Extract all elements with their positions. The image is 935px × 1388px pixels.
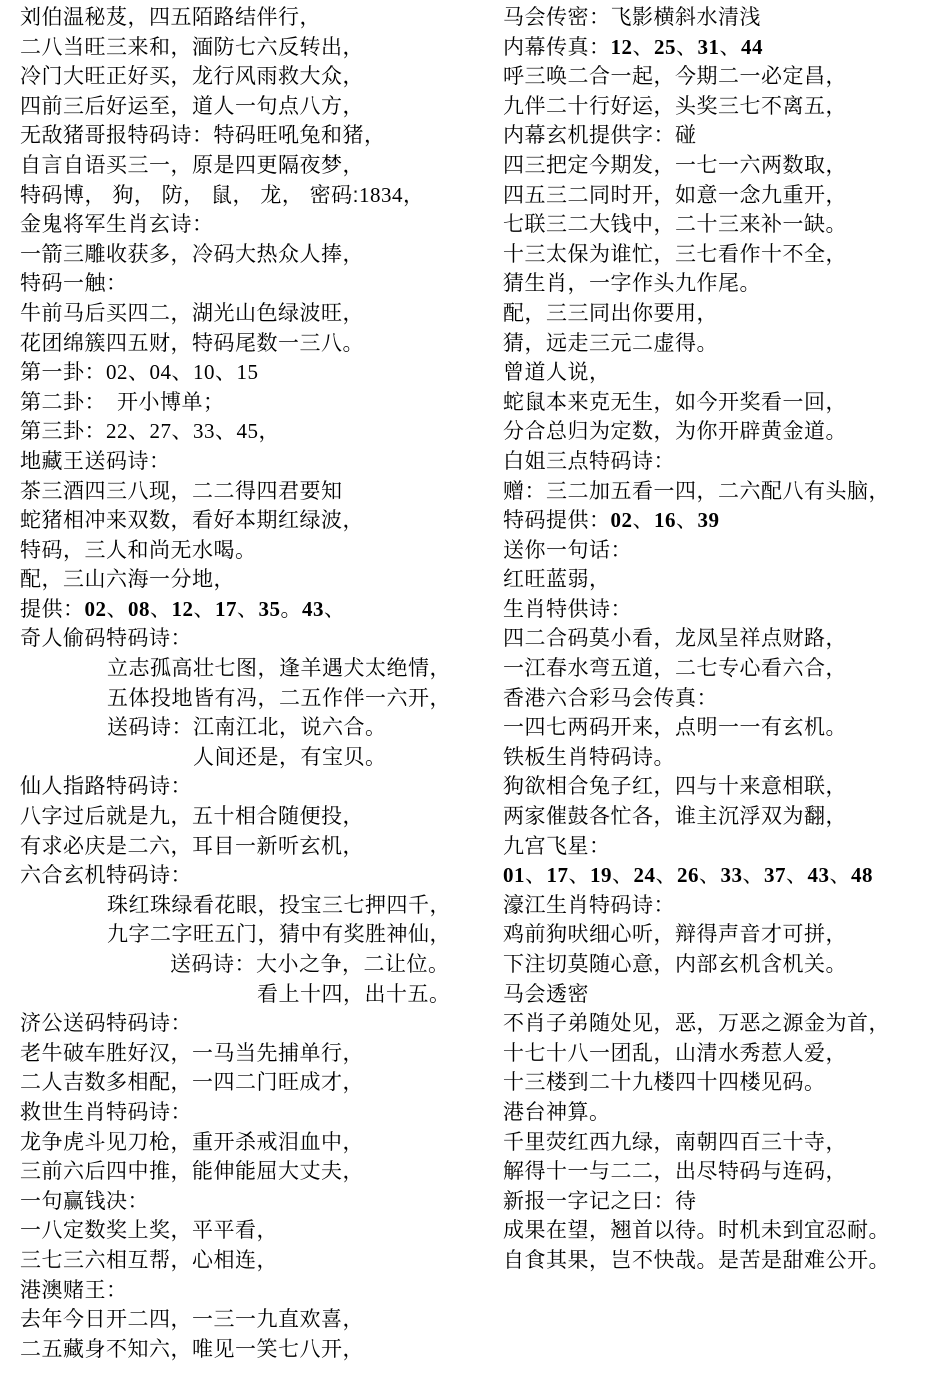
text-line: 蛇鼠本来克无生，如今开奖看一回， (503, 388, 933, 418)
text-line: 赠：三二加五看一四，二六配八有头脑， (503, 477, 933, 507)
text-line: 千里荧红西九绿，南朝四百三十寺， (503, 1128, 933, 1158)
number: 35 (259, 597, 281, 621)
text-line: 人间还是，有宝贝。 (20, 743, 498, 773)
text-line: 三七三六相互帮，心相连， (20, 1246, 498, 1276)
text-line: 九宫飞星： (503, 832, 933, 862)
text-line: 四二合码莫小看，龙凤呈祥点财路， (503, 624, 933, 654)
text-line: 内幕玄机提供字：碰 (503, 121, 933, 151)
number: 02 (106, 360, 128, 384)
number: 33 (721, 863, 743, 887)
text-line: 立志孤高壮七图，逢羊遇犬太绝情， (20, 654, 498, 684)
text-line: 二五藏身不知六，唯见一笑七八开， (20, 1335, 498, 1365)
text-line: 第一卦：02、04、10、15 (20, 358, 498, 388)
text-line: 八字过后就是九，五十相合随便投， (20, 802, 498, 832)
text-line: 白姐三点特码诗： (503, 447, 933, 477)
number: 12 (611, 35, 633, 59)
text-line: 救世生肖特码诗： (20, 1098, 498, 1128)
text-line: 港澳赌王： (20, 1276, 498, 1306)
text-line: 十三太保为谁忙，三七看作十不全， (503, 240, 933, 270)
number: 1834 (359, 183, 403, 207)
text-line: 龙争虎斗见刀枪，重开杀戒泪血中， (20, 1128, 498, 1158)
text-line: 金鬼将军生肖玄诗： (20, 210, 498, 240)
number: 02 (85, 597, 107, 621)
text-line: 港台神算。 (503, 1098, 933, 1128)
number: 26 (677, 863, 699, 887)
number: 44 (741, 35, 763, 59)
number: 37 (764, 863, 786, 887)
text-line: 茶三酒四三八现，二二得四君要知 (20, 477, 498, 507)
text-line: 无敌猪哥报特码诗：特码旺吼兔和猪， (20, 121, 498, 151)
number: 39 (698, 508, 720, 532)
text-line: 01、17、19、24、26、33、37、43、48 (503, 861, 933, 891)
text-line: 特码一触： (20, 269, 498, 299)
text-line: 冷门大旺正好买，龙行风雨救大众， (20, 62, 498, 92)
number: 01 (503, 863, 525, 887)
text-line: 送你一句话： (503, 536, 933, 566)
document-page: 刘伯温秘芨，四五陌路结伴行，二八当旺三来和，湎防七六反转出，冷门大旺正好买，龙行… (0, 0, 935, 1388)
text-line: 分合总归为定数，为你开辟黄金道。 (503, 417, 933, 447)
number: 22 (106, 419, 128, 443)
text-line: 蛇猪相冲来双数，看好本期红绿波， (20, 506, 498, 536)
text-line: 四三把定今期发，一七一六两数取， (503, 151, 933, 181)
text-line: 猜生肖，一字作头九作尾。 (503, 269, 933, 299)
text-line: 四前三后好运至，道人一句点八方， (20, 92, 498, 122)
text-line: 九伴二十行好运，头奖三七不离五， (503, 92, 933, 122)
text-line: 马会透密 (503, 980, 933, 1010)
right-text-column: 马会传密：飞影横斜水清浅内幕传真：12、25、31、44呼三唤二合一起，今期二一… (503, 3, 933, 1276)
text-line: 老牛破车胜好汉，一马当先捕单行， (20, 1039, 498, 1069)
number: 04 (150, 360, 172, 384)
number: 02 (611, 508, 633, 532)
text-line: 有求必庆是二六，耳目一新听玄机， (20, 832, 498, 862)
text-line: 九字二字旺五门，猜中有奖胜神仙， (20, 920, 498, 950)
text-line: 二人吉数多相配，一四二门旺成才， (20, 1068, 498, 1098)
text-line: 十七十八一团乱，山清水秀惹人爱， (503, 1039, 933, 1069)
text-line: 花团绵簇四五财，特码尾数一三八。 (20, 329, 498, 359)
text-line: 二八当旺三来和，湎防七六反转出， (20, 33, 498, 63)
text-line: 新报一字记之曰：待 (503, 1187, 933, 1217)
text-line: 下注切莫随心意，内部玄机含机关。 (503, 950, 933, 980)
number: 48 (851, 863, 873, 887)
number: 15 (237, 360, 259, 384)
text-line: 红旺蓝弱， (503, 565, 933, 595)
text-line: 仙人指路特码诗： (20, 772, 498, 802)
text-line: 七联三二大钱中，二十三来补一缺。 (503, 210, 933, 240)
text-line: 两家催鼓各忙各，谁主沉浮双为翻， (503, 802, 933, 832)
text-line: 四五三二同时开，如意一念九重开， (503, 181, 933, 211)
text-line: 猜，远走三元二虚得。 (503, 329, 933, 359)
number: 45 (237, 419, 259, 443)
text-line: 生肖特供诗： (503, 595, 933, 625)
text-line: 珠红珠绿看花眼，投宝三七押四千， (20, 891, 498, 921)
text-line: 配，三山六海一分地， (20, 565, 498, 595)
number: 24 (634, 863, 656, 887)
text-line: 提供：02、08、12、17、35。43、 (20, 595, 498, 625)
text-line: 刘伯温秘芨，四五陌路结伴行， (20, 3, 498, 33)
text-line: 狗欲相合兔子红，四与十来意相联， (503, 772, 933, 802)
number: 43 (302, 597, 324, 621)
text-line: 特码，三人和尚无水喝。 (20, 536, 498, 566)
text-line: 送码诗：江南江北，说六合。 (20, 713, 498, 743)
text-line: 六合玄机特码诗： (20, 861, 498, 891)
text-line: 第二卦： 开小博单； (20, 388, 498, 418)
text-line: 香港六合彩马会传真： (503, 684, 933, 714)
text-line: 自食其果，岂不快哉。是苦是甜难公开。 (503, 1246, 933, 1276)
text-line: 第三卦：22、27、33、45， (20, 417, 498, 447)
text-line: 解得十一与二二，出尽特码与连码， (503, 1157, 933, 1187)
text-line: 三前六后四中推，能伸能屈大丈夫， (20, 1157, 498, 1187)
number: 12 (172, 597, 194, 621)
number: 43 (808, 863, 830, 887)
text-line: 去年今日开二四，一三一九直欢喜， (20, 1305, 498, 1335)
text-line: 曾道人说， (503, 358, 933, 388)
text-line: 配，三三同出你要用， (503, 299, 933, 329)
number: 17 (547, 863, 569, 887)
text-line: 不肖子弟随处见，恶，万恶之源金为首， (503, 1009, 933, 1039)
number: 19 (590, 863, 612, 887)
text-line: 牛前马后买四二，湖光山色绿波旺， (20, 299, 498, 329)
text-line: 铁板生肖特码诗。 (503, 743, 933, 773)
number: 31 (698, 35, 720, 59)
left-text-column: 刘伯温秘芨，四五陌路结伴行，二八当旺三来和，湎防七六反转出，冷门大旺正好买，龙行… (20, 3, 498, 1364)
number: 27 (150, 419, 172, 443)
text-line: 看上十四，出十五。 (20, 980, 498, 1010)
text-line: 濠江生肖特码诗： (503, 891, 933, 921)
text-line: 成果在望，翘首以待。时机未到宜忍耐。 (503, 1216, 933, 1246)
number: 08 (128, 597, 150, 621)
text-line: 一四七两码开来，点明一一有玄机。 (503, 713, 933, 743)
text-line: 一八定数奖上奖，平平看， (20, 1216, 498, 1246)
text-line: 内幕传真：12、25、31、44 (503, 33, 933, 63)
text-line: 十三楼到二十九楼四十四楼见码。 (503, 1068, 933, 1098)
text-line: 地藏王送码诗： (20, 447, 498, 477)
text-line: 奇人偷码特码诗： (20, 624, 498, 654)
text-line: 送码诗：大小之争，二让位。 (20, 950, 498, 980)
number: 25 (654, 35, 676, 59)
text-line: 一句赢钱决： (20, 1187, 498, 1217)
number: 10 (193, 360, 215, 384)
text-line: 呼三唤二合一起，今期二一必定昌， (503, 62, 933, 92)
number: 16 (654, 508, 676, 532)
text-line: 鸡前狗吠细心听，辩得声音才可拼， (503, 920, 933, 950)
text-line: 一箭三雕收获多，冷码大热众人捧， (20, 240, 498, 270)
text-line: 济公送码特码诗： (20, 1009, 498, 1039)
text-line: 特码博， 狗， 防， 鼠， 龙， 密码:1834， (20, 181, 498, 211)
number: 17 (215, 597, 237, 621)
text-line: 一江春水弯五道，二七专心看六合， (503, 654, 933, 684)
text-line: 五体投地皆有冯，二五作伴一六开， (20, 684, 498, 714)
text-line: 特码提供：02、16、39 (503, 506, 933, 536)
number: 33 (193, 419, 215, 443)
text-line: 自言自语买三一，原是四更隔夜梦， (20, 151, 498, 181)
text-line: 马会传密：飞影横斜水清浅 (503, 3, 933, 33)
